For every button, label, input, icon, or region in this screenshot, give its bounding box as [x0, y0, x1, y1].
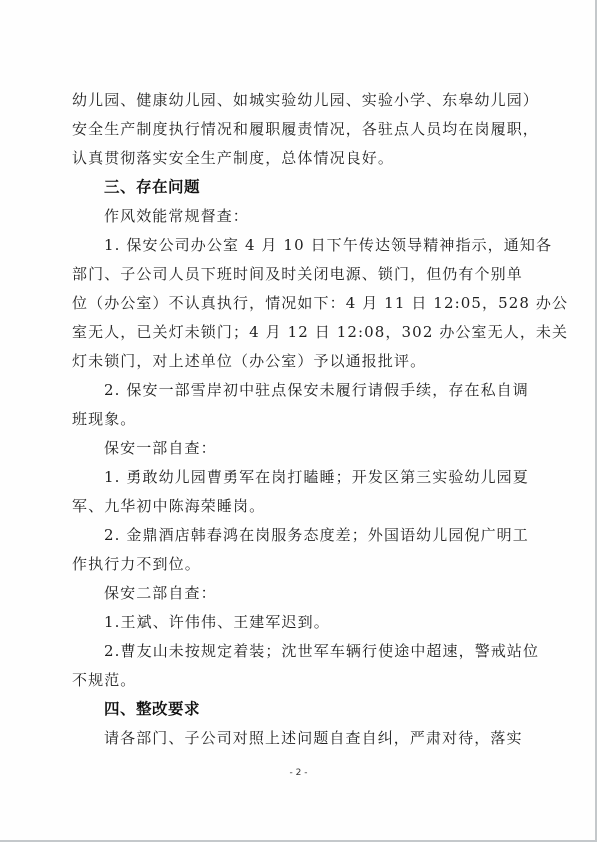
paragraph-line: 2. 金鼎酒店韩春鸿在岗服务态度差；外国语幼儿园倪广明工 — [72, 521, 528, 550]
section-heading-requirements: 四、整改要求 — [72, 695, 528, 724]
paragraph-line: 部门、子公司人员下班时间及时关闭电源、锁门，但仍有个别单 — [72, 260, 528, 289]
paragraph-line: 2.曹友山未按规定着装；沈世军车辆行使途中超速，警戒站位 — [72, 637, 528, 666]
document-page: 幼儿园、健康幼儿园、如城实验幼儿园、实验小学、东皋幼儿园） 安全生产制度执行情况… — [0, 0, 597, 842]
paragraph-line: 认真贯彻落实安全生产制度，总体情况良好。 — [72, 144, 528, 173]
paragraph-line: 1. 勇敢幼儿园曹勇军在岗打瞌睡；开发区第三实验幼儿园夏 — [72, 463, 528, 492]
page-number: - 2 - — [0, 768, 597, 778]
paragraph-line: 1.王斌、许伟伟、王建军迟到。 — [72, 608, 528, 637]
paragraph-line: 2. 保安一部雪岸初中驻点保安未履行请假手续，存在私自调 — [72, 376, 528, 405]
paragraph-line: 请各部门、子公司对照上述问题自查自纠，严肃对待，落实 — [72, 724, 528, 753]
paragraph-line: 不规范。 — [72, 666, 528, 695]
subsection-label: 作风效能常规督查： — [72, 202, 528, 231]
paragraph-line: 安全生产制度执行情况和履职履责情况，各驻点人员均在岗履职， — [72, 115, 528, 144]
document-body: 幼儿园、健康幼儿园、如城实验幼儿园、实验小学、东皋幼儿园） 安全生产制度执行情况… — [72, 86, 528, 753]
subsection-label: 保安一部自查： — [72, 434, 528, 463]
subsection-label: 保安二部自查： — [72, 579, 528, 608]
paragraph-line: 灯未锁门，对上述单位（办公室）予以通报批评。 — [72, 347, 528, 376]
paragraph-line: 班现象。 — [72, 405, 528, 434]
paragraph-line: 作执行力不到位。 — [72, 550, 528, 579]
paragraph-line: 军、九华初中陈海荣睡岗。 — [72, 492, 528, 521]
paragraph-line: 室无人，已关灯未锁门；4 月 12 日 12:08，302 办公室无人，未关 — [72, 318, 528, 347]
section-heading-issues: 三、存在问题 — [72, 173, 528, 202]
paragraph-line: 幼儿园、健康幼儿园、如城实验幼儿园、实验小学、东皋幼儿园） — [72, 86, 528, 115]
paragraph-line: 1. 保安公司办公室 4 月 10 日下午传达领导精神指示，通知各 — [72, 231, 528, 260]
paragraph-line: 位（办公室）不认真执行，情况如下：4 月 11 日 12:05，528 办公 — [72, 289, 528, 318]
